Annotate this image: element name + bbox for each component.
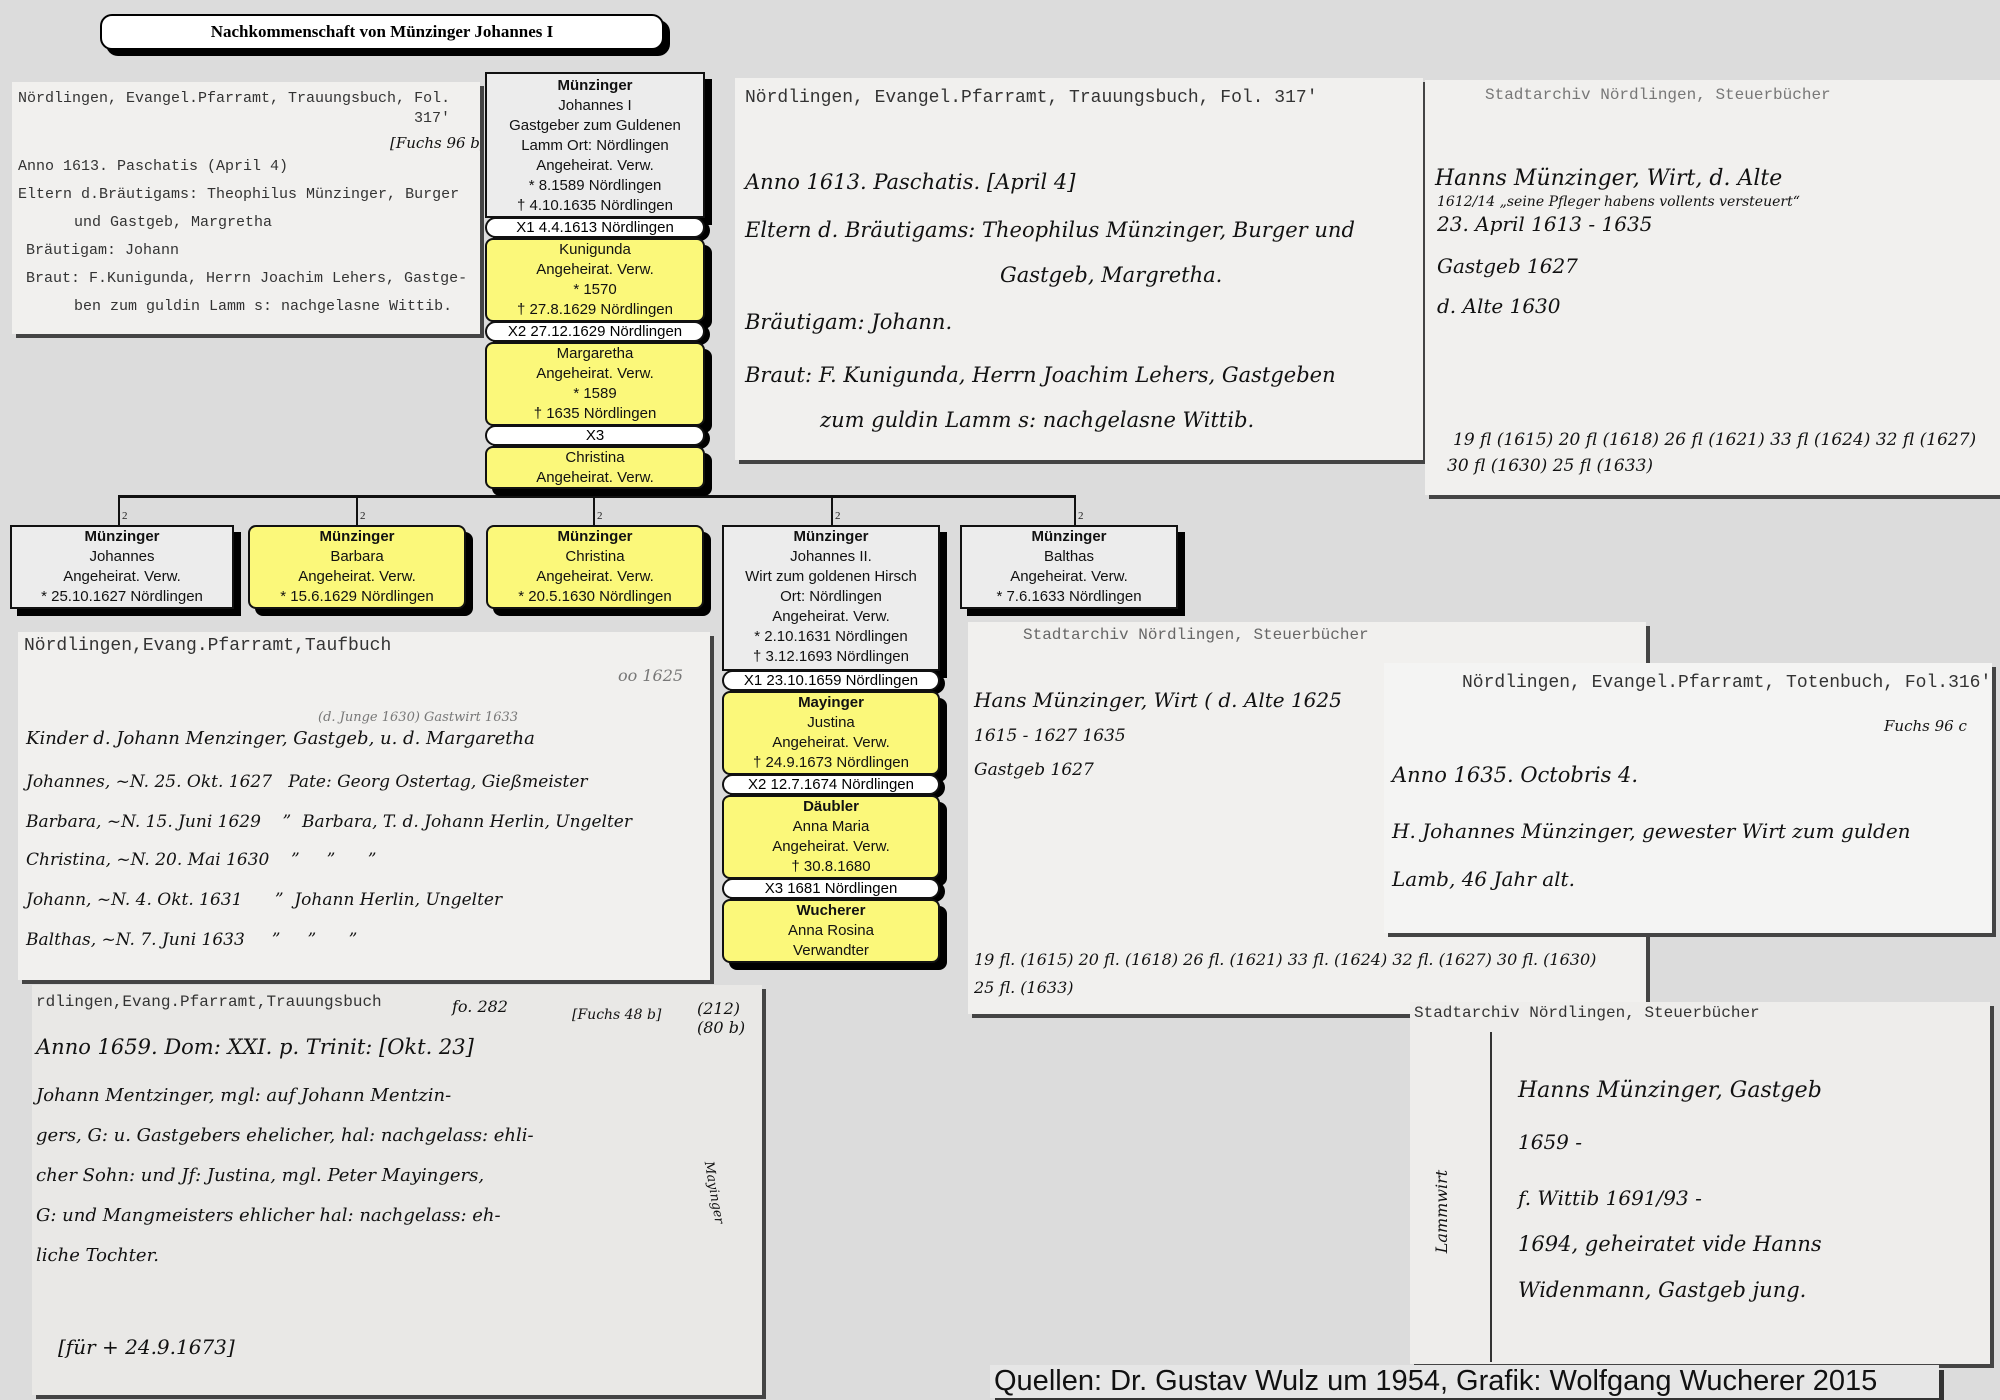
person-given-name: Anna Maria (724, 817, 938, 837)
document-header: Nördlingen, Evangel.Pfarramt, Trauungsbu… (18, 90, 450, 107)
person-relation: Angeheirat. Verw. (962, 567, 1176, 587)
document-line: 1659 - (1518, 1130, 1582, 1154)
generation-marker: 2 (1078, 510, 1084, 522)
tree-connector (831, 495, 833, 525)
person-relation: Angeheirat. Verw. (487, 364, 703, 384)
document-margin-note: Mayinger (701, 1160, 727, 1225)
document-line: Anno 1635. Octobris 4. (1392, 763, 1638, 787)
tax-line: 19 fl (1615) 20 fl (1618) 26 fl (1621) 3… (1453, 430, 1976, 450)
person-relation: Angeheirat. Verw. (487, 468, 703, 488)
tax-line: 19 fl. (1615) 20 fl. (1618) 26 fl. (1621… (974, 950, 1596, 969)
diagram-title: Nachkommenschaft von Münzinger Johannes … (100, 14, 664, 50)
marriage-x3: X3 (485, 425, 705, 446)
person-given-name: Christina (487, 448, 703, 468)
person-given-name: Anna Rosina (724, 921, 938, 941)
document-line: Widenmann, Gastgeb jung. (1518, 1278, 1806, 1302)
person-death: † 1635 Nördlingen (487, 404, 703, 424)
document-line: Anno 1659. Dom: XXI. p. Trinit: [Okt. 23… (36, 1035, 474, 1059)
document-header: Stadtarchiv Nördlingen, Steuerbücher (1023, 626, 1369, 644)
child-johannes[interactable]: Münzinger Johannes Angeheirat. Verw. * 2… (10, 525, 234, 609)
document-tax-book-3: Stadtarchiv Nördlingen, Steuerbücher Han… (1410, 1002, 1990, 1364)
document-line: cher Sohn: und Jf: Justina, mgl. Peter M… (36, 1165, 484, 1186)
person-death: † 24.9.1673 Nördlingen (724, 753, 938, 773)
person-relation: Angeheirat. Verw. (250, 567, 464, 587)
document-line: liche Tochter. (36, 1245, 159, 1266)
document-note: [Fuchs 96 b] (390, 134, 480, 152)
tree-connector (118, 495, 120, 525)
generation-marker: 2 (360, 510, 366, 522)
person-relation: Angeheirat. Verw. (12, 567, 232, 587)
person-relation: Angeheirat. Verw. (724, 837, 938, 857)
document-annotation: (d. Junge 1630) Gastwirt 1633 (318, 710, 518, 725)
document-line: Gastgeb, Margretha. (1000, 263, 1222, 287)
document-line: 23. April 1613 - 1635 (1437, 212, 1652, 236)
person-given-name: Justina (724, 713, 938, 733)
document-line: Eltern d.Bräutigams: Theophilus Münzinge… (18, 186, 459, 203)
document-folio: 317' (414, 110, 450, 127)
document-header: Nördlingen, Evangel.Pfarramt, Trauungsbu… (745, 88, 1318, 108)
document-line: f. Wittib 1691/93 - (1518, 1186, 1702, 1210)
person-given-name: Balthas (962, 547, 1176, 567)
document-marriage-record-1659: rdlingen,Evang.Pfarramt,Trauungsbuch fo.… (32, 985, 762, 1395)
person-surname: Münzinger (1032, 528, 1107, 545)
person-birth: * 15.6.1629 Nördlingen (250, 587, 464, 607)
person-death: † 27.8.1629 Nördlingen (487, 300, 703, 320)
document-marriage-record-typed: Nördlingen, Evangel.Pfarramt, Trauungsbu… (12, 82, 480, 334)
document-line: Christina, ~N. 20. Mai 1630 ” ” ” (26, 850, 376, 870)
person-birth: * 1570 (487, 280, 703, 300)
document-line: Barbara, ~N. 15. Juni 1629 ” Barbara, T.… (26, 812, 632, 832)
marriage-x1-johannes-ii: X1 23.10.1659 Nördlingen (722, 670, 940, 691)
spouse-christina[interactable]: Christina Angeheirat. Verw. (485, 446, 705, 489)
person-surname: Münzinger (85, 528, 160, 545)
document-line: ben zum guldin Lamm s: nachgelasne Witti… (38, 298, 452, 315)
document-line: Kinder d. Johann Menzinger, Gastgeb, u. … (26, 728, 535, 749)
tree-connector (1074, 495, 1076, 525)
person-birth: * 7.6.1633 Nördlingen (962, 587, 1176, 607)
document-line: Anno 1613. Paschatis. [April 4] (745, 170, 1075, 194)
document-line: H. Johannes Münzinger, gewester Wirt zum… (1392, 819, 1911, 843)
document-line: Hans Münzinger, Wirt ( d. Alte 1625 (974, 688, 1342, 712)
person-given-name: Johannes I (487, 96, 703, 116)
document-baptism-record: Nördlingen,Evang.Pfarramt,Taufbuch oo 16… (18, 632, 710, 980)
document-line: Anno 1613. Paschatis (April 4) (18, 158, 288, 175)
document-line: Bräutigam: Johann (26, 242, 179, 259)
tax-line: 25 fl. (1633) (974, 978, 1074, 997)
document-line: 1612/14 „seine Pfleger habens vollents v… (1437, 194, 1800, 210)
person-given-name: Barbara (250, 547, 464, 567)
person-place: Ort: Nördlingen (724, 587, 938, 607)
person-given-name: Johannes (12, 547, 232, 567)
document-line: gers, G: u. Gastgebers ehelicher, hal: n… (36, 1125, 534, 1146)
document-tax-book-1: Stadtarchiv Nördlingen, Steuerbücher Han… (1425, 80, 2000, 495)
spouse-anna-rosina-wucherer[interactable]: Wucherer Anna Rosina Verwandter (722, 899, 940, 963)
spouse-kunigunda[interactable]: Kunigunda Angeheirat. Verw. * 1570 † 27.… (485, 238, 705, 322)
child-barbara[interactable]: Münzinger Barbara Angeheirat. Verw. * 15… (248, 525, 466, 609)
spouse-margaretha[interactable]: Margaretha Angeheirat. Verw. * 1589 † 16… (485, 342, 705, 426)
document-line: Hanns Münzinger, Gastgeb (1518, 1078, 1822, 1103)
document-marriage-record-handwritten: Nördlingen, Evangel.Pfarramt, Trauungsbu… (735, 78, 1423, 460)
document-line: Eltern d. Bräutigams: Theophilus Münzing… (745, 218, 1355, 242)
person-johannes-i[interactable]: Münzinger Johannes I Gastgeber zum Gulde… (485, 72, 705, 218)
tax-line: 30 fl (1630) 25 fl (1633) (1447, 456, 1653, 476)
person-surname: Wucherer (797, 902, 866, 919)
generation-marker: 2 (835, 510, 841, 522)
document-line: Johann Mentzinger, mgl: auf Johann Mentz… (36, 1085, 451, 1106)
document-line: Bräutigam: Johann. (745, 310, 952, 334)
person-relation: Angeheirat. Verw. (487, 260, 703, 280)
person-birth: * 25.10.1627 Nördlingen (12, 587, 232, 607)
person-place: Lamm Ort: Nördlingen (487, 136, 703, 156)
document-line: zum guldin Lamm s: nachgelasne Wittib. (820, 408, 1254, 432)
document-header: Stadtarchiv Nördlingen, Steuerbücher (1485, 86, 1831, 104)
person-surname: Mayinger (798, 694, 864, 711)
person-birth: * 2.10.1631 Nördlingen (724, 627, 938, 647)
person-occupation: Wirt zum goldenen Hirsch (724, 567, 938, 587)
marriage-x1: X1 4.4.1613 Nördlingen (485, 217, 705, 238)
person-birth: * 20.5.1630 Nördlingen (488, 587, 702, 607)
person-given-name: Kunigunda (487, 240, 703, 260)
document-line: 1615 - 1627 1635 (974, 726, 1126, 746)
person-surname: Münzinger (558, 528, 633, 545)
document-note: [Fuchs 48 b] (572, 1007, 661, 1023)
document-line: Hanns Münzinger, Wirt, d. Alte (1435, 166, 1782, 191)
person-surname: Münzinger (558, 77, 633, 94)
document-header: Stadtarchiv Nördlingen, Steuerbücher (1414, 1004, 1760, 1022)
person-given-name: Christina (488, 547, 702, 567)
document-line: [für + 24.9.1673] (58, 1335, 235, 1359)
document-line: Johann, ~N. 4. Okt. 1631 ” Johann Herlin… (26, 890, 502, 910)
person-birth: * 8.1589 Nördlingen (487, 176, 703, 196)
person-surname: Däubler (803, 798, 859, 815)
person-given-name: Margaretha (487, 344, 703, 364)
generation-marker: 2 (597, 510, 603, 522)
person-surname: Münzinger (794, 528, 869, 545)
child-christina[interactable]: Münzinger Christina Angeheirat. Verw. * … (486, 525, 704, 609)
person-birth: * 1589 (487, 384, 703, 404)
document-line: Johannes, ~N. 25. Okt. 1627 Pate: Georg … (26, 772, 588, 792)
document-line: Gastgeb 1627 (1437, 254, 1578, 278)
marriage-x3-johannes-ii: X3 1681 Nördlingen (722, 878, 940, 899)
child-johannes-ii[interactable]: Münzinger Johannes II. Wirt zum goldenen… (722, 525, 940, 671)
document-line: 1694, geheiratet vide Hanns (1518, 1232, 1822, 1256)
person-death: † 4.10.1635 Nördlingen (487, 196, 703, 216)
document-line: Braut: F. Kunigunda, Herrn Joachim Leher… (745, 363, 1336, 387)
sources-credit: Quellen: Dr. Gustav Wulz um 1954, Grafik… (990, 1365, 1939, 1398)
document-line: Balthas, ~N. 7. Juni 1633 ” ” ” (26, 930, 357, 950)
document-header: rdlingen,Evang.Pfarramt,Trauungsbuch (36, 993, 382, 1011)
document-side-note: (212) (80 b) (697, 999, 757, 1037)
person-death: † 30.8.1680 (724, 857, 938, 877)
person-relation: Angeheirat. Verw. (724, 733, 938, 753)
document-line: G: und Mangmeisters ehlicher hal: nachge… (36, 1205, 501, 1226)
tree-connector (118, 495, 1076, 498)
document-line: Gastgeb 1627 (974, 760, 1094, 780)
document-death-record: Nördlingen, Evangel.Pfarramt, Totenbuch,… (1384, 663, 1992, 933)
tree-connector (593, 495, 595, 525)
person-death: † 3.12.1693 Nördlingen (724, 647, 938, 667)
person-relation: Verwandter (724, 941, 938, 961)
spouse-anna-maria-daeubler[interactable]: Däubler Anna Maria Angeheirat. Verw. † 3… (722, 795, 940, 879)
person-occupation: Gastgeber zum Guldenen (487, 116, 703, 136)
document-header: Nördlingen,Evang.Pfarramt,Taufbuch (24, 636, 391, 656)
person-relation: Angeheirat. Verw. (724, 607, 938, 627)
document-line: d. Alte 1630 (1437, 294, 1561, 318)
document-folio: fo. 282 (452, 997, 508, 1016)
document-margin-note: Lammwirt (1432, 1170, 1451, 1253)
document-line: Braut: F.Kunigunda, Herrn Joachim Lehers… (26, 270, 467, 287)
person-surname: Münzinger (320, 528, 395, 545)
document-note: Fuchs 96 c (1884, 717, 1967, 735)
document-line: Lamb, 46 Jahr alt. (1392, 867, 1575, 891)
tree-connector (356, 495, 358, 525)
marriage-x2: X2 27.12.1629 Nördlingen (485, 321, 705, 342)
marriage-x2-johannes-ii: X2 12.7.1674 Nördlingen (722, 774, 940, 795)
person-given-name: Johannes II. (724, 547, 938, 567)
person-relation: Angeheirat. Verw. (487, 156, 703, 176)
document-line: und Gastgeb, Margretha (38, 214, 272, 231)
person-relation: Angeheirat. Verw. (488, 567, 702, 587)
document-note: oo 1625 (618, 666, 683, 685)
spouse-justina-mayinger[interactable]: Mayinger Justina Angeheirat. Verw. † 24.… (722, 691, 940, 775)
generation-marker: 2 (122, 510, 128, 522)
document-header: Nördlingen, Evangel.Pfarramt, Totenbuch,… (1462, 673, 1991, 693)
child-balthas[interactable]: Münzinger Balthas Angeheirat. Verw. * 7.… (960, 525, 1178, 609)
